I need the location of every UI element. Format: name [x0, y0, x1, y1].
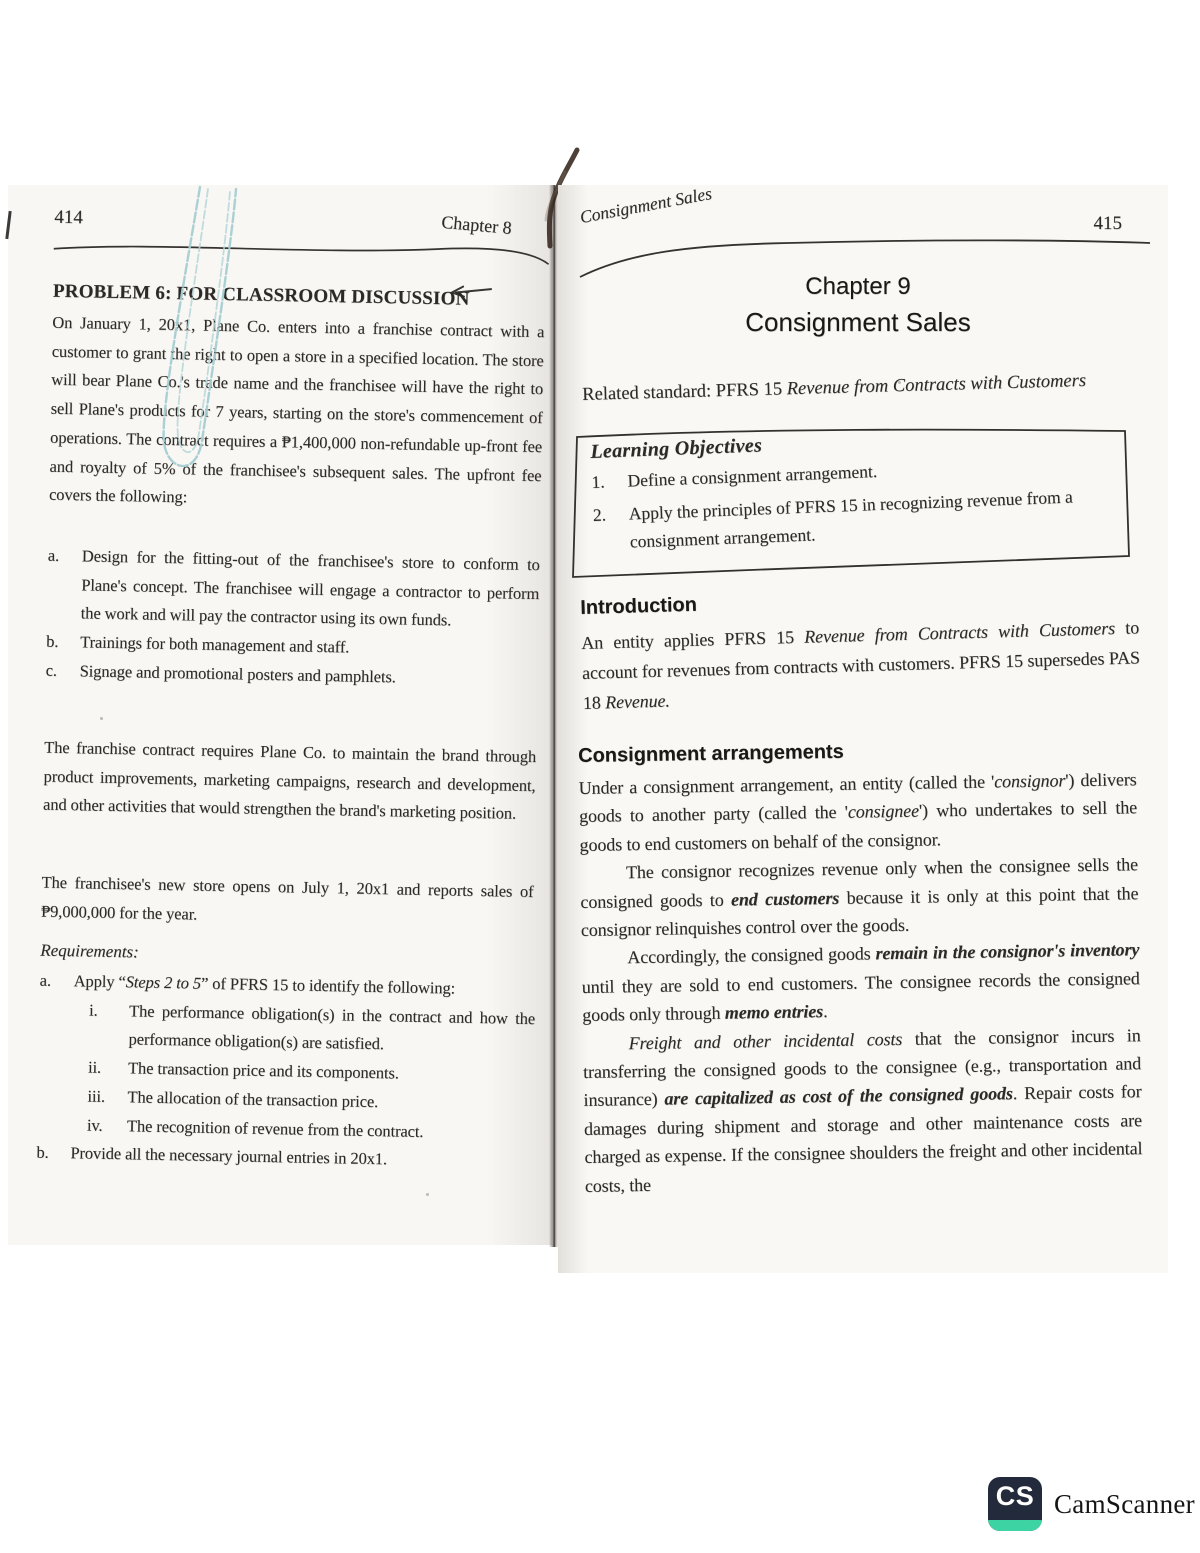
- list-marker: i.: [89, 996, 130, 1025]
- introduction-paragraph: An entity applies PFRS 15 Revenue from C…: [581, 612, 1141, 718]
- consignment-section: Consignment arrangements Under a consign…: [578, 736, 1143, 1200]
- list-marker: b.: [46, 628, 81, 657]
- camscanner-badge-strip: [988, 1520, 1042, 1531]
- consignment-paragraph: Accordingly, the consigned goods remain …: [581, 936, 1140, 1030]
- left-page-content: 414 Chapter 8 PROBLEM 6: FOR CLASSROOM D…: [0, 184, 552, 1254]
- pen-mark: [138, 181, 258, 491]
- requirement-subitem: i. The performance obligation(s) in the …: [88, 996, 535, 1062]
- list-marker: a.: [39, 967, 74, 996]
- camscanner-badge-text: CS: [988, 1481, 1042, 1512]
- introduction-section: Introduction An entity applies PFRS 15 R…: [580, 581, 1141, 718]
- scanned-book-spread: 414 Chapter 8 PROBLEM 6: FOR CLASSROOM D…: [0, 0, 1200, 1553]
- store-opening-paragraph: The franchisee's new store opens on July…: [41, 869, 534, 936]
- camscanner-label: CamScanner: [1054, 1489, 1195, 1520]
- list-marker: iii.: [87, 1082, 128, 1111]
- problem-intro-paragraph: On January 1, 20x1, Plane Co. enters int…: [49, 309, 545, 519]
- camscanner-watermark: CS CamScanner: [988, 1477, 1195, 1531]
- consignment-heading: Consignment arrangements: [578, 736, 1136, 768]
- consignment-paragraph: Freight and other incidental costs that …: [582, 1021, 1143, 1200]
- learning-objectives: Learning Objectives 1. Define a consignm…: [590, 421, 1122, 558]
- list-marker: c.: [45, 656, 80, 685]
- consignment-paragraph: The consignor recognizes revenue only wh…: [580, 850, 1139, 944]
- camscanner-logo-icon: CS: [988, 1477, 1042, 1531]
- objective-text: Define a consignment arrangement.: [627, 457, 878, 495]
- requirements-label: Requirements:: [40, 941, 536, 971]
- list-marker: ii.: [88, 1054, 129, 1083]
- list-text: Design for the fitting-out of the franch…: [80, 542, 540, 637]
- list-item: a. Design for the fitting-out of the fra…: [46, 542, 540, 638]
- list-marker: 1.: [591, 467, 628, 497]
- left-page: 414 Chapter 8 PROBLEM 6: FOR CLASSROOM D…: [8, 185, 552, 1245]
- consignment-paragraph: Under a consignment arrangement, an enti…: [578, 765, 1137, 859]
- requirements-section: Requirements: a. Apply “Steps 2 to 5” of…: [36, 941, 536, 1177]
- subitem-text: The performance obligation(s) in the con…: [128, 997, 535, 1062]
- right-page: Consignment Sales 415 Chapter 9 Consignm…: [558, 185, 1168, 1273]
- brand-paragraph: The franchise contract requires Plane Co…: [43, 734, 537, 830]
- list-marker: iv.: [87, 1111, 128, 1140]
- upfront-fee-list: a. Design for the fitting-out of the fra…: [45, 542, 540, 695]
- list-marker: 2.: [592, 499, 630, 557]
- list-marker: a.: [48, 542, 83, 571]
- left-header-rule: [6, 184, 552, 284]
- list-marker: b.: [36, 1139, 71, 1168]
